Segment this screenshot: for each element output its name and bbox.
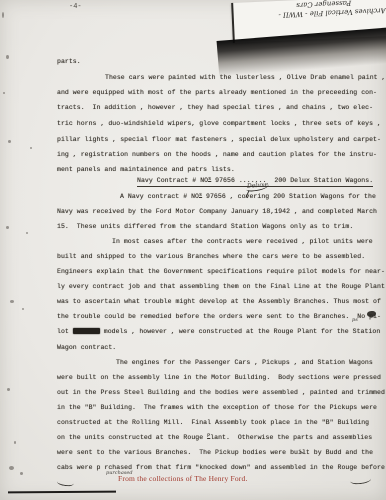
line-fragment: 97656 ....... 200 Delux Station Wagons. (211, 177, 373, 184)
typed-line: lot models , however , were constructed … (57, 328, 380, 336)
bottom-rule-line (8, 491, 116, 493)
ink-blob (367, 311, 376, 317)
scan-speck (26, 232, 28, 234)
typed-line: Wagon contract. (57, 344, 116, 352)
typed-line: tracts. In addition , however , they had… (57, 104, 373, 112)
scan-speck (10, 300, 14, 303)
scanned-document-page: -4- Archives Vertical File - WWII - Pass… (0, 0, 386, 500)
typed-line: parts. (57, 58, 81, 66)
line-fragment: A Navy contract # NO (120, 193, 199, 200)
typed-line: ly every contract job and that assemblin… (57, 283, 385, 291)
crossed-out-word (73, 328, 100, 334)
line-fragment: lant. Otherwise the parts and assemblies (210, 434, 372, 441)
scan-speck (3, 92, 5, 94)
archival-handwriting: Archives Vertical File - WWII - Passenge… (233, 0, 386, 24)
page-number: -4- (69, 3, 82, 11)
superscript: P (207, 433, 210, 439)
superscript: s (208, 176, 211, 182)
typed-line: built and shipped to the various Branche… (57, 253, 365, 261)
typed-line: constructed at the Rolling Mill. Final A… (57, 419, 369, 427)
scan-speck (7, 388, 10, 391)
typed-line: out in the Press Steel Building and the … (57, 389, 385, 397)
scan-speck (2, 12, 4, 18)
scan-speck (14, 441, 16, 444)
typed-line: was to ascertain what trouble might deve… (57, 298, 381, 306)
scan-speck (30, 147, 32, 149)
pen-mark-right (350, 475, 372, 485)
typed-line: pillar lights , special floor mat fasten… (57, 136, 381, 144)
superscript: s (199, 192, 202, 198)
typed-line: and were equipped with most of the parts… (57, 89, 377, 97)
line-fragment: models , however , were constructed at t… (100, 328, 381, 335)
typed-line: Navy was received by the Ford Motor Comp… (57, 208, 377, 216)
pen-mark-left (57, 478, 75, 487)
line-fragment: lot (57, 328, 73, 335)
typed-line: In most cases after the contracts were r… (112, 238, 373, 246)
typed-line: tric horns , duo-windshield wipers, glov… (57, 120, 381, 128)
line-fragment: on the units constructed at the Rouge (57, 434, 207, 441)
scan-speck (8, 140, 11, 143)
typed-line: These cars were painted with the lusterl… (105, 74, 386, 82)
handwritten-station-correction: ps (352, 317, 358, 324)
scan-speck (9, 466, 14, 470)
typed-line: the trouble could be remedied before the… (57, 313, 381, 321)
scan-speck (22, 308, 24, 310)
typed-line: ment panels and maintainence and patrs l… (57, 166, 235, 174)
scan-speck (20, 472, 23, 475)
collection-credit-stamp: From the collections of The Henry Ford. (118, 474, 248, 483)
typed-line: ing , registration numbers on the hoods … (57, 151, 377, 159)
line-fragment: Navy Contract # NO (137, 177, 208, 184)
typed-line: in the "B" Building. The frames with the… (57, 404, 377, 412)
typed-line: on the units constructed at the Rouge Pl… (57, 434, 372, 442)
line-fragment: 97656 , covering 200 Station Wagons for … (202, 193, 376, 200)
typed-line: 15. These units differed from the standa… (57, 223, 353, 231)
typed-line: Engineers explain that the Government sp… (57, 268, 385, 276)
scan-speck (6, 226, 9, 229)
typed-line: were sent to the various Branches. The P… (57, 449, 373, 457)
scan-speck (6, 55, 9, 59)
typed-line: The engines for the Passenger Cars , Pic… (116, 359, 373, 367)
typed-line: were built on the assembly line in the M… (57, 374, 381, 382)
